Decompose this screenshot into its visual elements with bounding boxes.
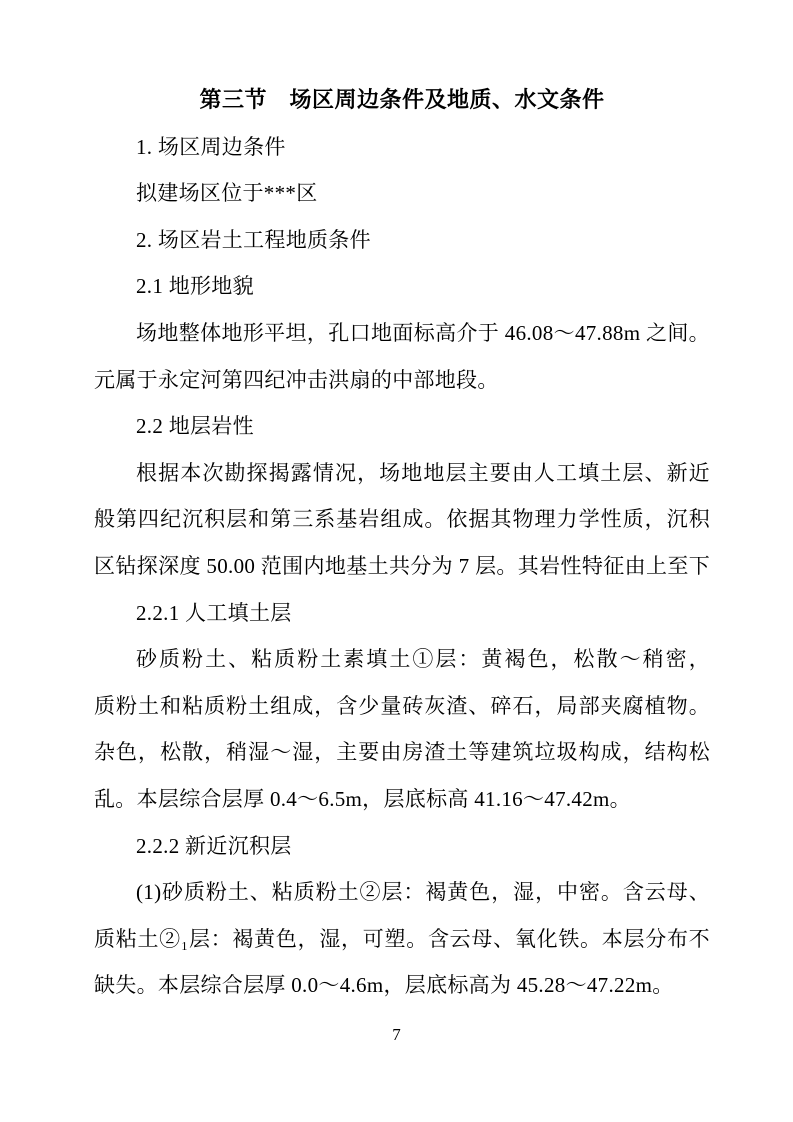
page-number: 7 — [0, 1022, 793, 1048]
heading-geotechnical-conditions: 2. 场区岩土工程地质条件 — [94, 217, 710, 264]
text-line: 质粘土②₁层：褐黄色，湿，可塑。含云母、氧化铁。本层分布不稳定，局部 — [94, 916, 710, 963]
document-content: 第三节 场区周边条件及地质、水文条件 1. 场区周边条件 拟建场区位于***区 … — [94, 77, 710, 1009]
text-line: 乱。本层综合层厚 0.4～6.5m，层底标高 41.16～47.42m。 — [94, 776, 710, 823]
heading-site-surrounding-conditions: 1. 场区周边条件 — [94, 124, 710, 171]
heading-topography: 2.1 地形地貌 — [94, 263, 710, 310]
text-line: 场地整体地形平坦，孔口地面标高介于 46.08～47.88m 之间。此处地貌单 — [94, 310, 710, 357]
document-page: 第三节 场区周边条件及地质、水文条件 1. 场区周边条件 拟建场区位于***区 … — [0, 0, 793, 1122]
text-line: 根据本次勘探揭露情况，场地地层主要由人工填土层、新近沉积层、一 — [94, 450, 710, 497]
heading-artificial-fill-layer: 2.2.1 人工填土层 — [94, 590, 710, 637]
heading-recent-sediment-layer: 2.2.2 新近沉积层 — [94, 823, 710, 870]
text-line-site-location: 拟建场区位于***区 — [94, 170, 710, 217]
text-line: 质粉土和粘质粉土组成，含少量砖灰渣、碎石，局部夹腐植物。杂填土①₁层： — [94, 683, 710, 730]
text-line: 杂色，松散，稍湿～湿，主要由房渣土等建筑垃圾构成，结构松散，成分杂 — [94, 729, 710, 776]
text-line: 砂质粉土、粘质粉土素填土①层：黄褐色，松散～稍密，湿，主要由砂 — [94, 636, 710, 683]
section-title: 第三节 场区周边条件及地质、水文条件 — [94, 77, 710, 124]
text-line: (1)砂质粉土、粘质粉土②层：褐黄色，湿，中密。含云母、氧化铁。粉 — [94, 869, 710, 916]
text-line: 元属于永定河第四纪冲击洪扇的中部地段。 — [94, 357, 710, 404]
heading-stratum-lithology: 2.2 地层岩性 — [94, 403, 710, 450]
text-line: 般第四纪沉积层和第三系基岩组成。依据其物理力学性质，沉积年代等将场 — [94, 496, 710, 543]
text-line: 区钻探深度 50.00 范围内地基土共分为 7 层。其岩性特征由上至下描述如下： — [94, 543, 710, 590]
text-line: 缺失。本层综合层厚 0.0～4.6m，层底标高为 45.28～47.22m。 — [94, 962, 710, 1009]
